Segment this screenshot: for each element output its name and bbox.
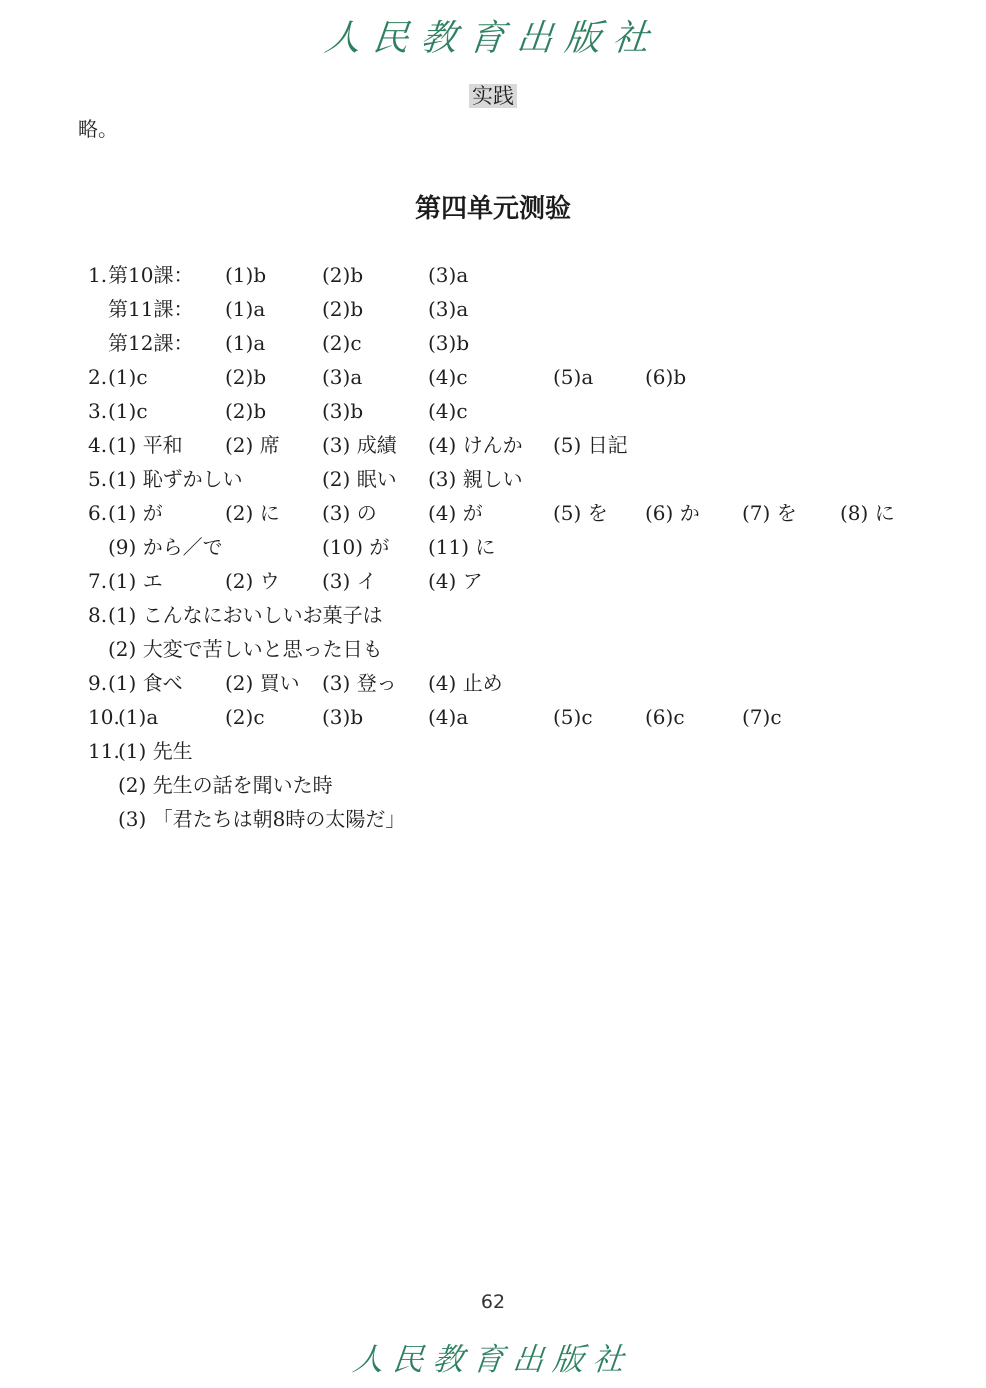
answer-row: 11.(1) 先生 <box>0 737 986 771</box>
answer-row: (3) 「君たちは朝8時の太陽だ」 <box>0 805 986 839</box>
answer-row: 第12課：(1)a(2)c(3)b <box>0 329 986 363</box>
answer-row: 9.(1) 食べ(2) 買い(3) 登っ(4) 止め <box>0 669 986 703</box>
answer-cell: (2) 席 <box>225 431 280 459</box>
answer-cell: (4)a <box>428 703 468 731</box>
answer-cell: (3)a <box>322 363 362 391</box>
publisher-logo-bottom: 人民教育出版社 <box>0 1334 986 1379</box>
answer-cell: 2. <box>88 363 107 391</box>
answer-cell: (4)c <box>428 397 468 425</box>
answer-cell: (1)c <box>108 397 148 425</box>
answer-cell: (3)b <box>322 703 363 731</box>
answer-cell: (3) 「君たちは朝8時の太陽だ」 <box>118 805 405 833</box>
answer-cell: 3. <box>88 397 107 425</box>
practice-heading: 实践 <box>0 82 986 110</box>
answer-cell: 10. <box>88 703 120 731</box>
answer-row: 1.第10課：(1)b(2)b(3)a <box>0 261 986 295</box>
answer-cell: (3)b <box>428 329 469 357</box>
unit-test-title: 第四单元测验 <box>0 193 986 225</box>
answer-cell: (3) の <box>322 499 377 527</box>
answer-row: 第11課：(1)a(2)b(3)a <box>0 295 986 329</box>
answer-cell: (6) か <box>645 499 700 527</box>
answer-cell: (2)c <box>225 703 265 731</box>
answer-cell: (1) 食べ <box>108 669 183 697</box>
answer-cell: (1)b <box>225 261 266 289</box>
answer-cell: (1) 先生 <box>118 737 193 765</box>
answer-cell: (2) に <box>225 499 280 527</box>
answer-cell: (4) けんか <box>428 431 523 459</box>
answer-cell: (1) 平和 <box>108 431 183 459</box>
answer-cell: (2) ウ <box>225 567 280 595</box>
answer-row: 4.(1) 平和(2) 席(3) 成績(4) けんか(5) 日記 <box>0 431 986 465</box>
answer-cell: (7) を <box>742 499 797 527</box>
answer-cell: (2) 先生の話を聞いた時 <box>118 771 333 799</box>
answer-cell: (1) 恥ずかしい <box>108 465 243 493</box>
answer-cell: (2)b <box>225 363 266 391</box>
answer-cell: (1)a <box>225 329 265 357</box>
answer-cell: (4)c <box>428 363 468 391</box>
answer-cell: (4) 止め <box>428 669 503 697</box>
answer-row: 6.(1) が(2) に(3) の(4) が(5) を(6) か(7) を(8)… <box>0 499 986 533</box>
answer-row: 2.(1)c(2)b(3)a(4)c(5)a(6)b <box>0 363 986 397</box>
answer-cell: 第12課： <box>108 329 193 357</box>
answer-cell: (5) を <box>553 499 608 527</box>
answer-cell: (4) が <box>428 499 483 527</box>
answer-cell: (1) が <box>108 499 163 527</box>
answer-cell: (2) 眠い <box>322 465 397 493</box>
answer-cell: 8. <box>88 601 107 629</box>
answer-cell: (2)c <box>322 329 362 357</box>
answer-cell: (2)b <box>322 261 363 289</box>
document-page: 人民教育出版社 实践 略。 第四单元测验 1.第10課：(1)b(2)b(3)a… <box>0 0 986 1388</box>
answer-row: 5.(1) 恥ずかしい(2) 眠い(3) 親しい <box>0 465 986 499</box>
answer-cell: (4) ア <box>428 567 483 595</box>
answer-cell: (3)a <box>428 261 468 289</box>
answer-cell: (3) 登っ <box>322 669 397 697</box>
answer-cell: (2) 買い <box>225 669 300 697</box>
answer-cell: (1) エ <box>108 567 163 595</box>
answer-cell: (3) イ <box>322 567 377 595</box>
answer-cell: (1)c <box>108 363 148 391</box>
answer-cell: 5. <box>88 465 107 493</box>
answer-cell: (5)a <box>553 363 593 391</box>
answer-cell: (5)c <box>553 703 593 731</box>
answer-row: (2) 先生の話を聞いた時 <box>0 771 986 805</box>
practice-heading-text: 实践 <box>469 84 517 108</box>
practice-answer-omitted: 略。 <box>78 116 118 142</box>
answer-cell: 4. <box>88 431 107 459</box>
answer-cell: 第10課： <box>108 261 193 289</box>
answer-cell: (8) に <box>840 499 895 527</box>
answer-row: (9) から／で(10) が(11) に <box>0 533 986 567</box>
answer-cell: (6)b <box>645 363 686 391</box>
answer-cell: (9) から／で <box>108 533 223 561</box>
answer-row: 7.(1) エ(2) ウ(3) イ(4) ア <box>0 567 986 601</box>
answer-cell: 11. <box>88 737 120 765</box>
answer-cell: (3) 成績 <box>322 431 397 459</box>
answer-cell: 9. <box>88 669 107 697</box>
answer-cell: (6)c <box>645 703 685 731</box>
answer-cell: 6. <box>88 499 107 527</box>
answer-cell: (3)a <box>428 295 468 323</box>
answer-row: 3.(1)c(2)b(3)b(4)c <box>0 397 986 431</box>
answer-row: (2) 大変で苦しいと思った日も <box>0 635 986 669</box>
answer-cell: 7. <box>88 567 107 595</box>
answer-cell: (10) が <box>322 533 389 561</box>
answer-cell: (7)c <box>742 703 782 731</box>
answer-cell: (2) 大変で苦しいと思った日も <box>108 635 383 663</box>
answer-cell: 1. <box>88 261 107 289</box>
answer-cell: (1) こんなにおいしいお菓子は <box>108 601 383 629</box>
page-number: 62 <box>0 1291 986 1313</box>
answer-row: 8.(1) こんなにおいしいお菓子は <box>0 601 986 635</box>
answer-cell: (2)b <box>225 397 266 425</box>
answer-cell: (2)b <box>322 295 363 323</box>
answer-cell: 第11課： <box>108 295 193 323</box>
answer-cell: (1)a <box>118 703 158 731</box>
publisher-logo-top: 人民教育出版社 <box>0 10 986 61</box>
answer-cell: (1)a <box>225 295 265 323</box>
answer-cell: (5) 日記 <box>553 431 628 459</box>
answer-cell: (3) 親しい <box>428 465 523 493</box>
answer-cell: (3)b <box>322 397 363 425</box>
answer-cell: (11) に <box>428 533 495 561</box>
answer-row: 10.(1)a(2)c(3)b(4)a(5)c(6)c(7)c <box>0 703 986 737</box>
